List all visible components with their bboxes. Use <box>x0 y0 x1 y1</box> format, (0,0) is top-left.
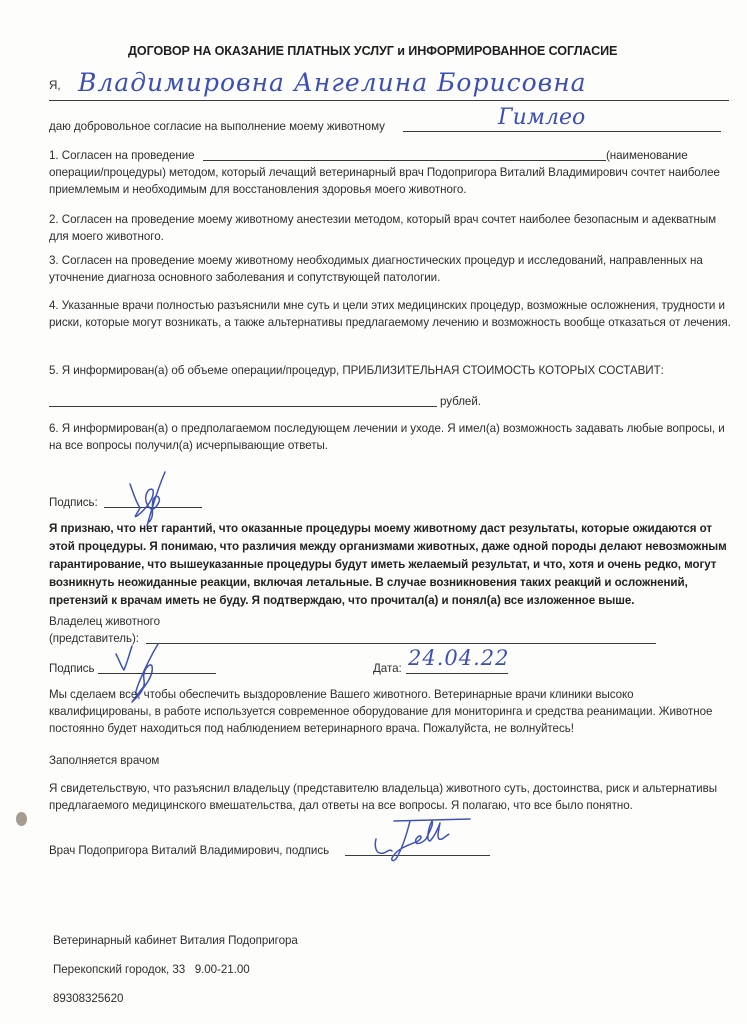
cost-line <box>49 406 437 407</box>
doctor-signature-label: Врач Подопригора Виталий Владимирович, п… <box>49 842 329 859</box>
reassurance-text: Мы сделаем все, чтобы обеспечить выздоро… <box>49 686 739 737</box>
owner-name-line <box>49 100 729 101</box>
clause-1-rest: операции/процедуры) методом, который леч… <box>49 164 731 198</box>
signature-2-label: Подпись <box>49 660 95 677</box>
clinic-phone: 89308325620 <box>53 990 123 1007</box>
consent-text: даю добровольное согласие на выполнение … <box>49 118 385 135</box>
acknowledgement-text: Я признаю, что нет гарантий, что оказанн… <box>49 520 739 610</box>
doctor-heading: Заполняется врачом <box>49 752 159 769</box>
paper-stain <box>16 812 27 826</box>
date-handwritten: 24.04.22 <box>408 646 510 670</box>
date-label: Дата: <box>373 660 402 677</box>
consent-document: ДОГОВОР НА ОКАЗАНИЕ ПЛАТНЫХ УСЛУГ и ИНФО… <box>0 0 747 1024</box>
doctor-signature <box>370 815 480 865</box>
clause-4: 4. Указанные врачи полностью разъяснили … <box>49 297 739 331</box>
clause-3: 3. Согласен на проведение моему животном… <box>49 252 739 286</box>
ya-label: Я, <box>49 77 61 94</box>
procedure-name-line <box>203 160 606 161</box>
cost-currency: рублей. <box>440 393 481 410</box>
clinic-address-hours: Перекопский городок, 33 9.00-21.00 <box>53 961 250 978</box>
date-line <box>406 673 508 674</box>
signature-1-label: Подпись: <box>49 494 98 511</box>
owner-name-handwritten: Владимировна Ангелина Борисовна <box>78 68 587 97</box>
pet-name-handwritten: Гимлео <box>498 105 585 130</box>
clinic-name: Ветеринарный кабинет Виталия Подопригора <box>53 932 298 949</box>
pet-name-line <box>403 131 721 132</box>
clause-5: 5. Я информирован(а) об объеме операции/… <box>49 362 664 379</box>
document-title: ДОГОВОР НА ОКАЗАНИЕ ПЛАТНЫХ УСЛУГ и ИНФО… <box>128 44 617 58</box>
clause-6: 6. Я информирован(а) о предполагаемом по… <box>49 420 729 454</box>
clause-2: 2. Согласен на проведение моему животном… <box>49 211 729 245</box>
owner-name-line-2 <box>146 643 656 644</box>
clause-1-start: 1. Согласен на проведение <box>49 147 195 164</box>
clause-1-suffix: (наименование <box>606 147 688 164</box>
owner-label: Владелец животного <box>49 613 160 630</box>
doctor-statement: Я свидетельствую, что разъяснил владельц… <box>49 780 731 814</box>
